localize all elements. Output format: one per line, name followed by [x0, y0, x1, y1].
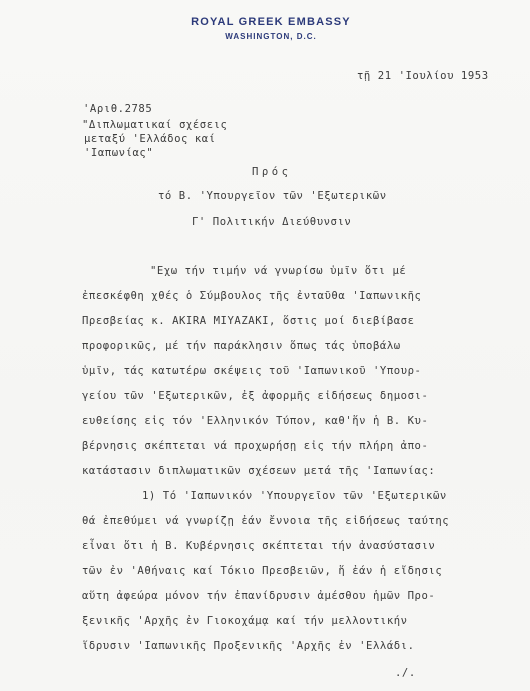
- body-line: Πρεσβείας κ. AKIRA MIYAZAKI, ὅστις μοί δ…: [82, 315, 415, 327]
- addressee-line: τό Β. 'Υπουργεῖον τῶν 'Εξωτερικῶν: [158, 190, 387, 202]
- subject-line: μεταξύ 'Ελλάδος καί: [84, 133, 216, 145]
- letter-page: ROYAL GREEK EMBASSY WASHINGTON, D.C. τῇ …: [0, 0, 530, 691]
- body-line: θά ἐπεθύμει νά γνωρίζῃ ἐάν ἔννοια τῆς εἰ…: [82, 515, 449, 527]
- body-line: προφορικῶς, μέ τήν παράκλησιν ὅπως τάς ὑ…: [82, 340, 401, 352]
- body-line: ξενικῆς 'Αρχῆς ἐν Γιοκοχάμᾳ καί τήν μελλ…: [82, 615, 408, 627]
- body-line: αὕτη ἀφεώρα μόνον τήν ἐπανίδρυσιν ἀμέσθο…: [82, 590, 435, 602]
- body-line: 1) Τό 'Ιαπωνικόν 'Υπουργεῖον τῶν 'Εξωτερ…: [142, 490, 447, 502]
- body-line: ὑμῖν, τάς κατωτέρω σκέψεις τοῦ 'Ιαπωνικο…: [82, 365, 421, 377]
- reference-number: 'Αριθ.2785: [83, 103, 152, 115]
- letterhead-embassy-name: ROYAL GREEK EMBASSY: [0, 16, 530, 28]
- body-line: τῶν ἐν 'Αθήναις καί Τόκιο Πρεσβειῶν, ἥ ἐ…: [82, 565, 442, 577]
- body-line: βέρνησις σκέπτεται νά προχωρήσῃ εἰς τήν …: [82, 440, 428, 452]
- letter-date: τῇ 21 'Ιουλίου 1953: [357, 70, 489, 82]
- letterhead-city: WASHINGTON, D.C.: [0, 32, 530, 41]
- continuation-mark: ./.: [395, 667, 416, 679]
- body-line: εἶναι ὅτι ἡ Β. Κυβέρνησις σκέπτεται τήν …: [82, 540, 435, 552]
- body-line: "Εχω τήν τιμήν νά γνωρίσω ὑμῖν ὅτι μέ: [150, 265, 406, 277]
- subject-line: 'Ιαπωνίας": [84, 147, 153, 159]
- salutation: Πρός: [252, 166, 292, 178]
- subject-line: "Διπλωματικαί σχέσεις: [82, 119, 228, 131]
- body-line: ἐπεσκέφθη χθές ὁ Σύμβουλος τῆς ἐνταῦθα '…: [82, 290, 421, 302]
- addressee-line: Γ' Πολιτικήν Διεύθυνσιν: [192, 216, 351, 228]
- body-line: κατάστασιν διπλωματικῶν σχέσεων μετά τῆς…: [82, 465, 435, 477]
- body-line: ευθείσης εἰς τόν 'Ελληνικόν Τύπον, καθ'ἥ…: [82, 415, 428, 427]
- body-line: ἵδρυσιν 'Ιαπωνικῆς Προξενικῆς 'Αρχῆς ἐν …: [82, 640, 415, 652]
- body-line: γείου τῶν 'Εξωτερικῶν, ἐξ ἀφορμῆς εἰδήσε…: [82, 390, 428, 402]
